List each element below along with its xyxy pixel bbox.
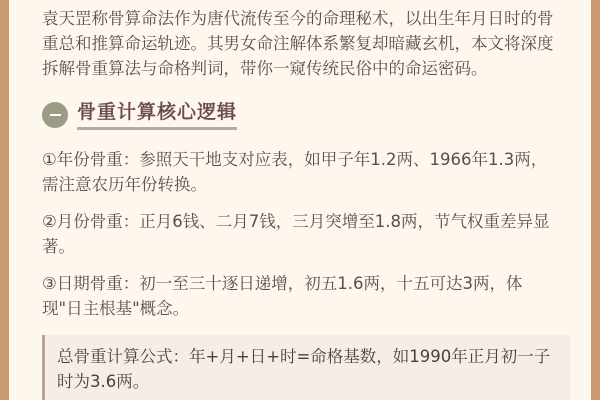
page-frame: 袁天罡称骨算命法作为唐代流传至今的命理秘术，以出生年月日时的骨重总和推算命运轨迹… xyxy=(0,0,600,400)
dash-icon xyxy=(50,114,61,116)
list-item-month: ②月份骨重：正月6钱、二月7钱，三月突增至1.8两，节气权重差异显著。 xyxy=(42,209,562,259)
list-item-day: ③日期骨重：初一至三十逐日递增，初五1.6两，十五可达3两，体现"日主根基"概念… xyxy=(42,271,562,321)
formula-text: 总骨重计算公式：年+月+日+时=命格基数，如1990年正月初一子时为3.6两。 xyxy=(57,347,550,391)
article-content: 袁天罡称骨算命法作为唐代流传至今的命理秘术，以出生年月日时的骨重总和推算命运轨迹… xyxy=(42,2,562,400)
section-heading: 骨重计算核心逻辑 xyxy=(42,97,562,133)
right-border xyxy=(591,0,600,400)
intro-paragraph: 袁天罡称骨算命法作为唐代流传至今的命理秘术，以出生年月日时的骨重总和推算命运轨迹… xyxy=(42,6,562,81)
section-title: 骨重计算核心逻辑 xyxy=(77,101,237,123)
dash-circle-icon xyxy=(42,102,68,128)
section-title-underline: 骨重计算核心逻辑 xyxy=(77,100,237,130)
formula-callout: 总骨重计算公式：年+月+日+时=命格基数，如1990年正月初一子时为3.6两。 xyxy=(42,335,570,400)
list-item-year: ①年份骨重：参照天干地支对应表，如甲子年1.2两、1966年1.3两，需注意农历… xyxy=(42,147,562,197)
left-border xyxy=(0,0,9,400)
